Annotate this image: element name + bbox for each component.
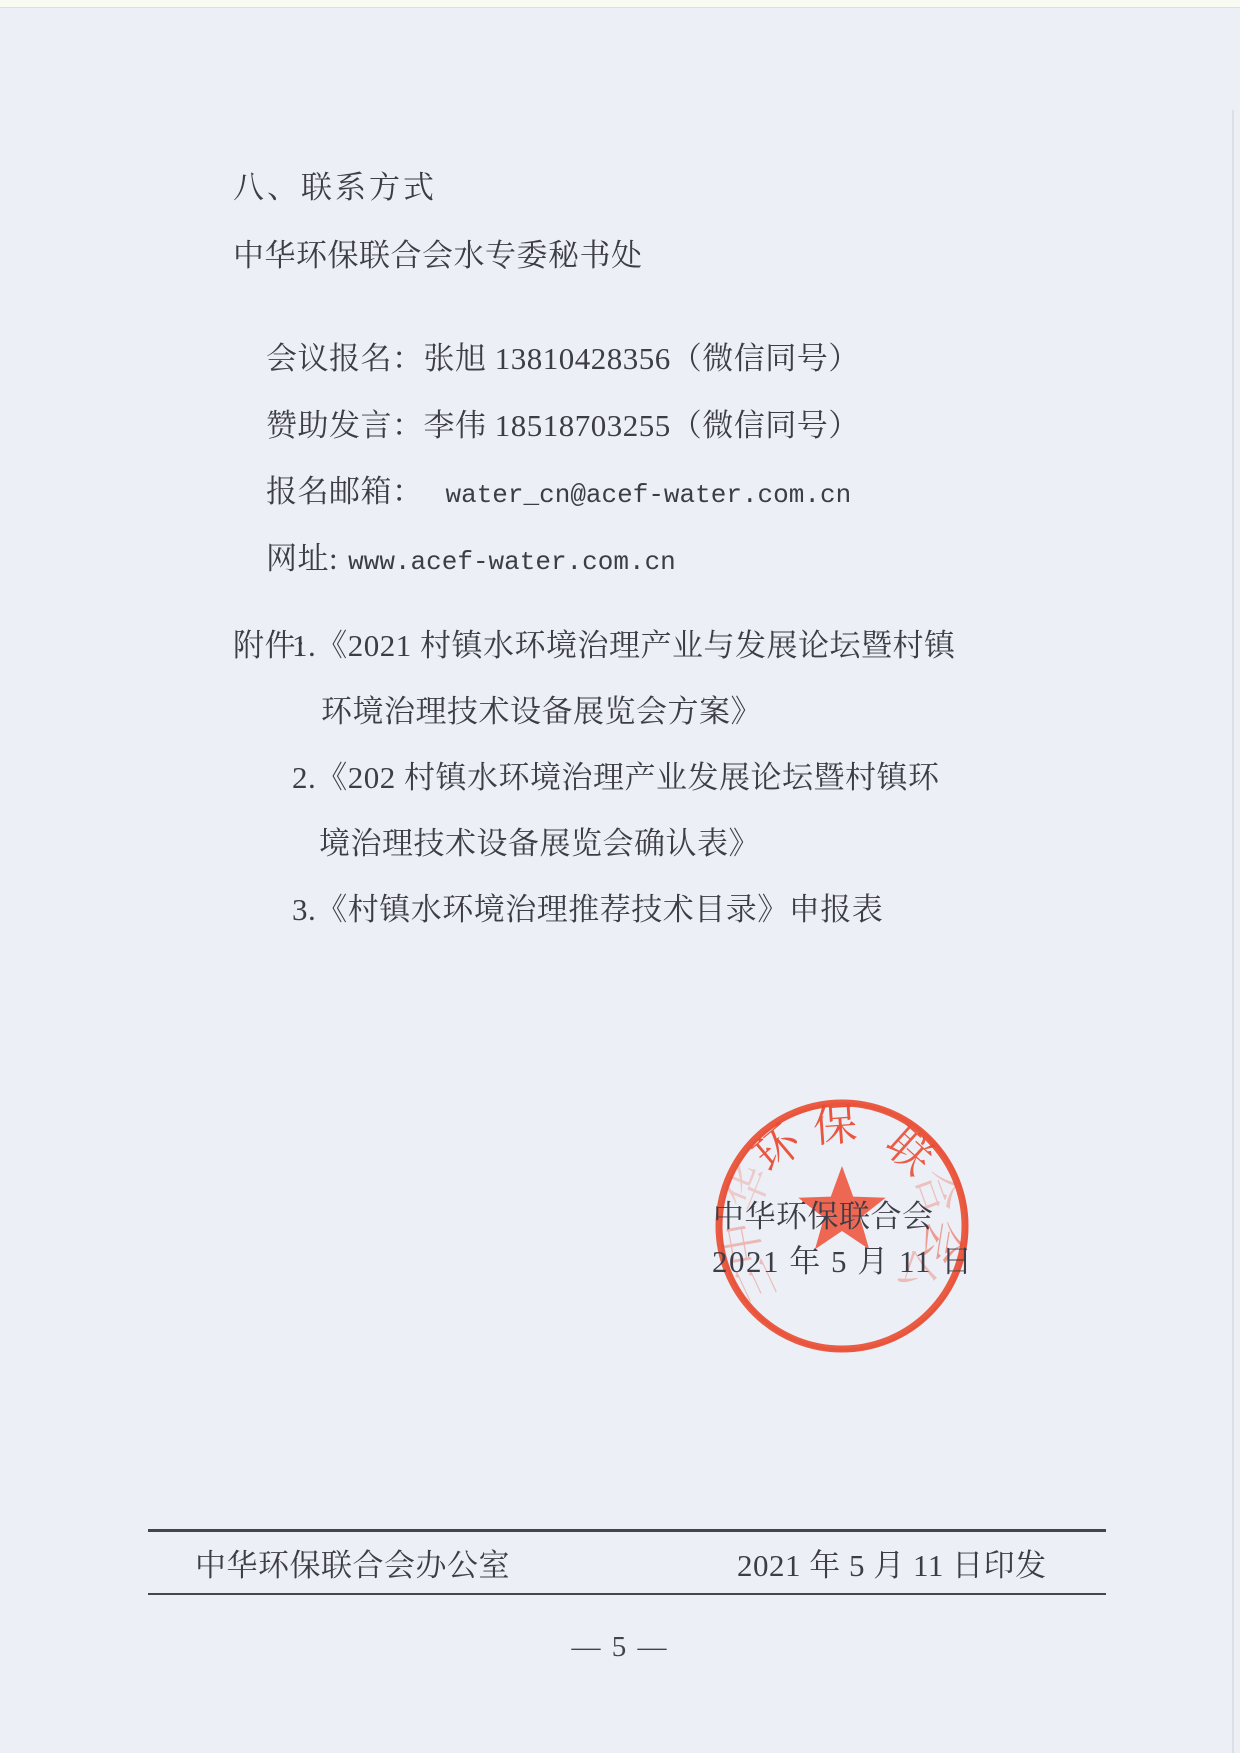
scan-top-edge <box>0 0 1240 8</box>
attachment-line-2: 环境治理技术设备展览会方案》 <box>321 694 762 730</box>
contact-row-website: 网址:www.acef-water.com.cn <box>233 505 676 613</box>
attachment-line-5: 3.《村镇水环境治理推荐技术目录》申报表 <box>292 892 883 928</box>
footer-office: 中华环保联合会办公室 <box>195 1548 510 1584</box>
contact-label: 网址: <box>266 541 338 576</box>
attachment-line-4: 境治理技术设备展览会确认表》 <box>319 826 760 862</box>
signature-date: 2021 年 5 月 11 日 <box>712 1244 974 1280</box>
contact-value: 张旭 13810428356（微信同号） <box>424 341 860 376</box>
scanned-document-page: 八、联系方式 中华环保联合会水专委秘书处 会议报名：张旭 13810428356… <box>0 0 1240 1753</box>
attachment-line-3: 2.《202 村镇水环境治理产业发展论坛暨村镇环 <box>292 760 940 796</box>
contact-label: 会议报名： <box>266 341 424 376</box>
footer-rule-top <box>148 1529 1106 1532</box>
footer-rule-bottom <box>148 1593 1106 1595</box>
attachment-line-1: 1.《2021 村镇水环境治理产业与发展论坛暨村镇 <box>292 628 956 664</box>
section-heading: 八、联系方式 <box>233 170 437 206</box>
signature-org: 中华环保联合会 <box>713 1199 934 1235</box>
secretariat-line: 中华环保联合会水专委秘书处 <box>233 238 643 274</box>
website-url: www.acef-water.com.cn <box>348 547 676 577</box>
scan-right-edge <box>1232 110 1234 1753</box>
seal-arc-char: 保 <box>811 1100 858 1152</box>
contact-label: 报名邮箱： <box>266 474 424 509</box>
page-number: — 5 — <box>0 1631 1240 1664</box>
footer-print-date: 2021 年 5 月 11 日印发 <box>737 1548 1047 1584</box>
